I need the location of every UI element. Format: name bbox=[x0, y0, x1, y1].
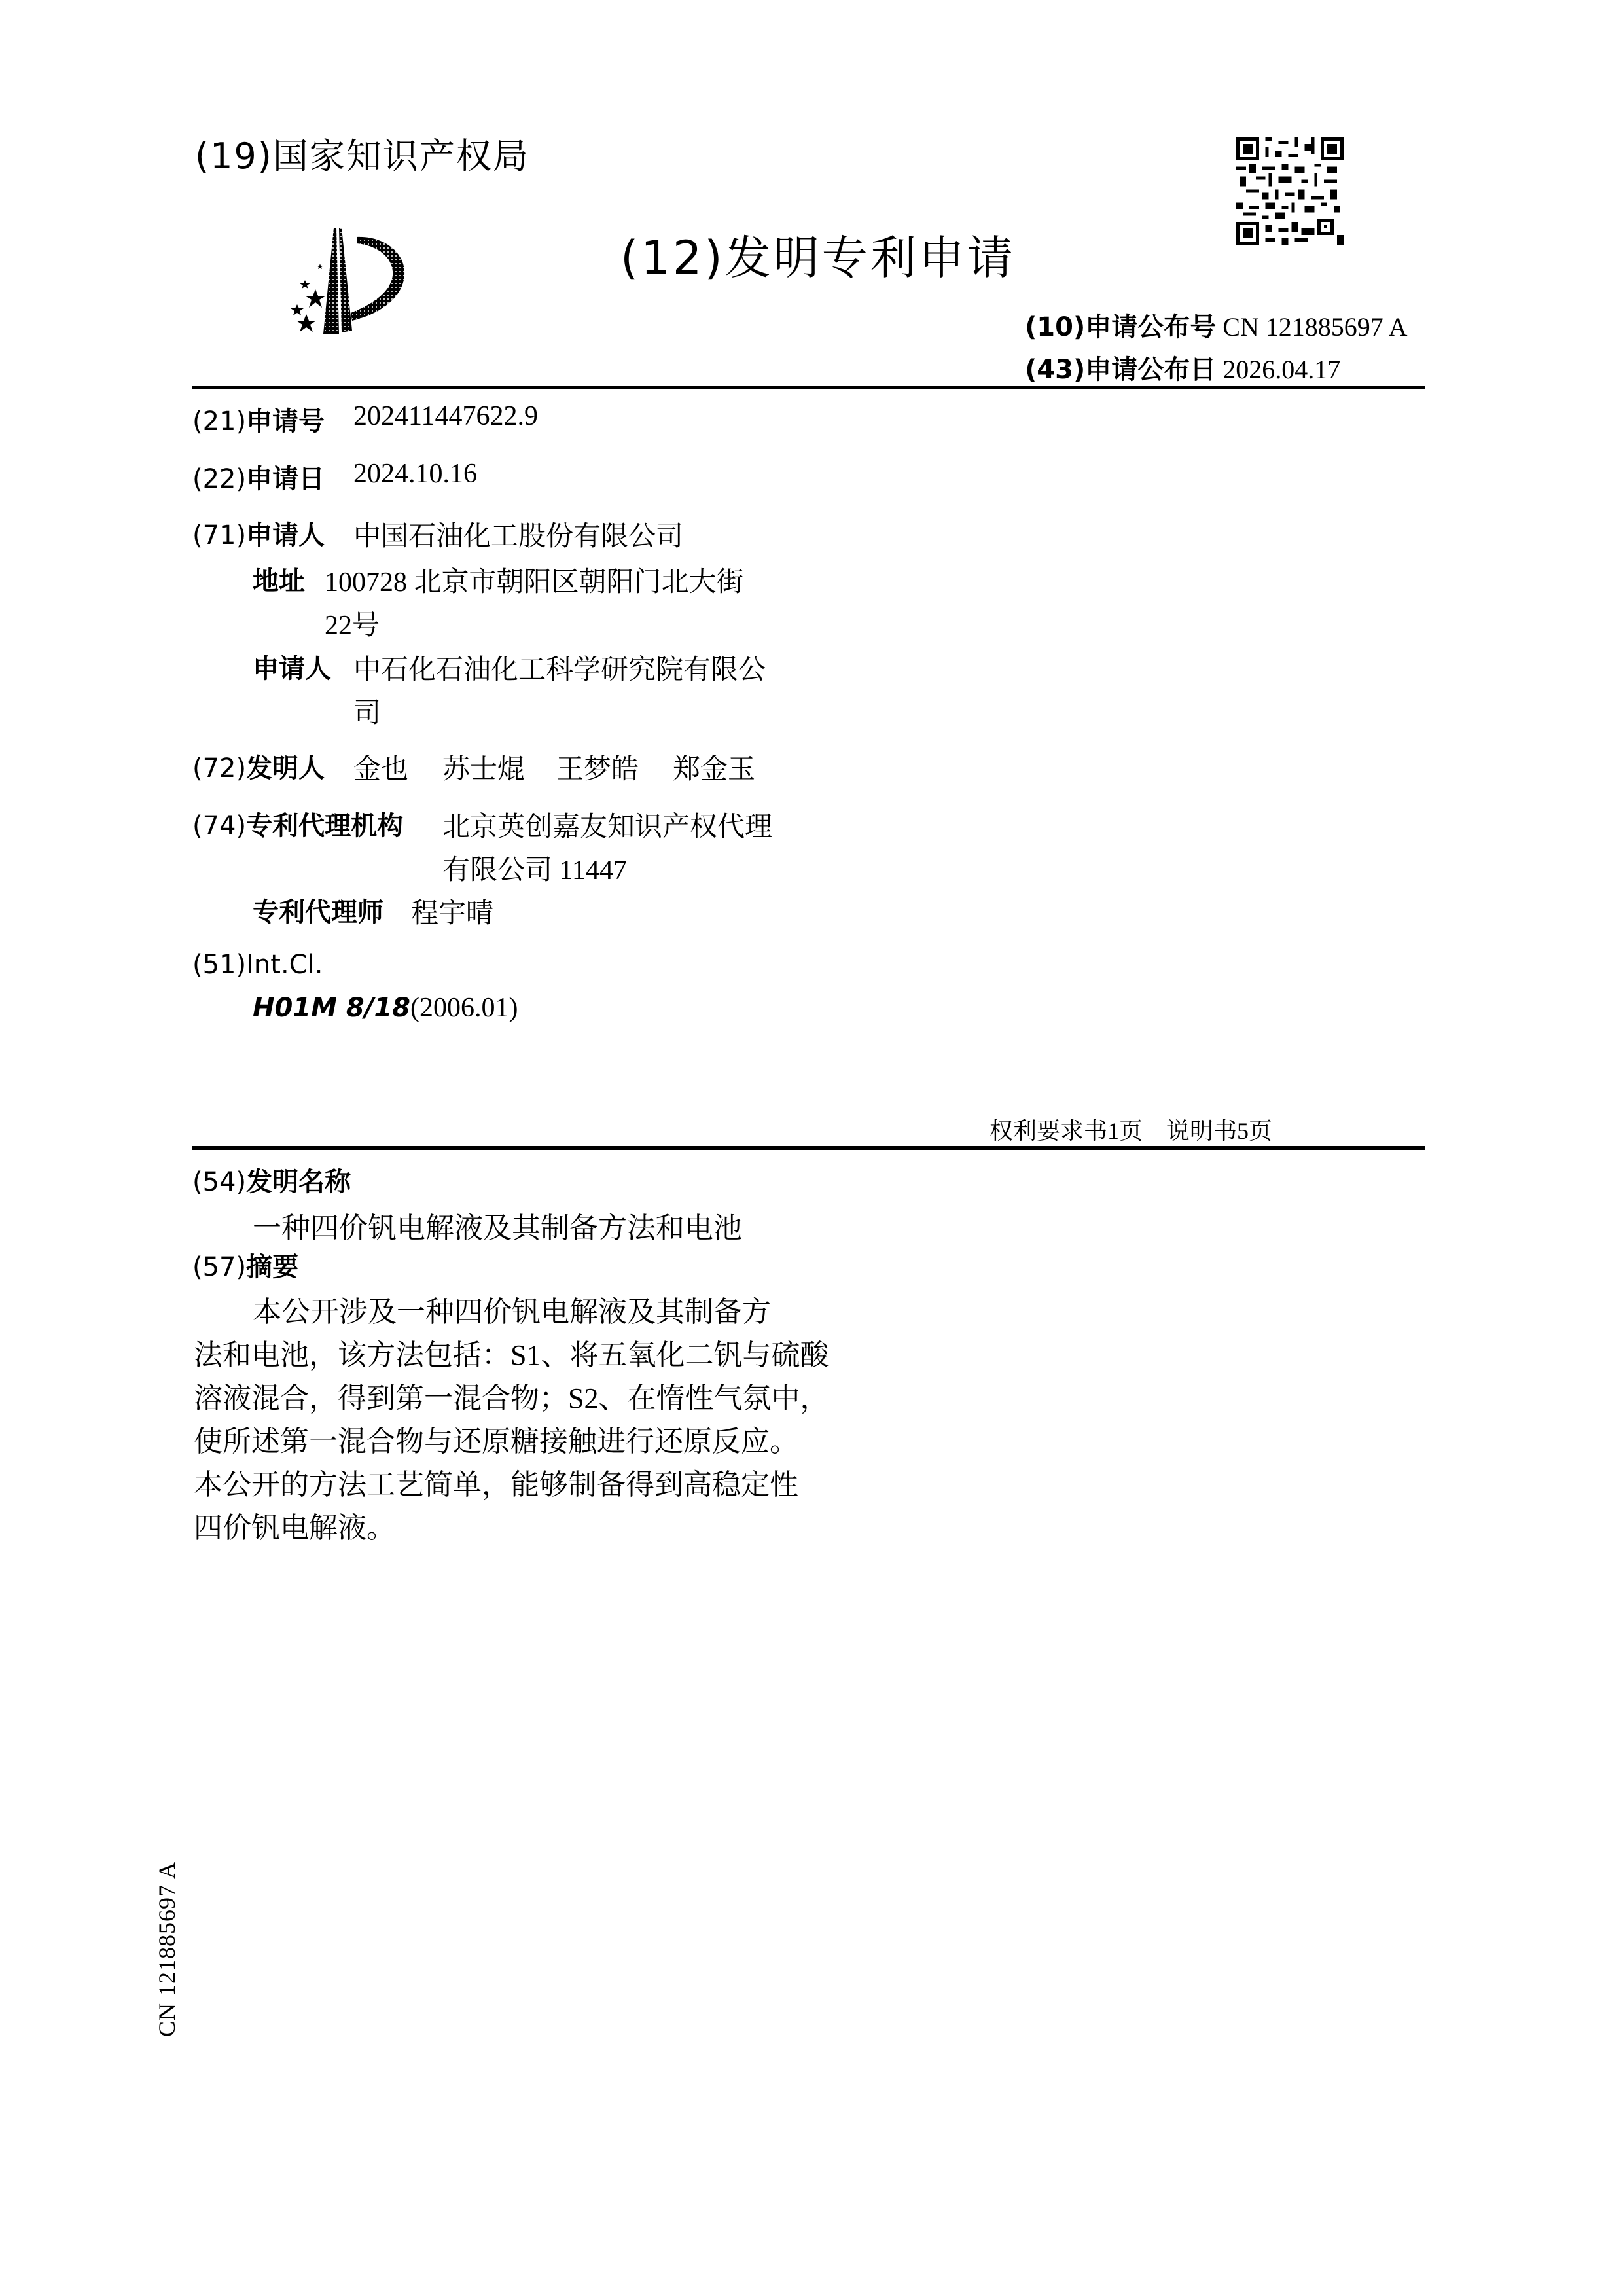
filing-date-field: (22)申请日 bbox=[192, 458, 325, 495]
inventor-name: 郑金玉 bbox=[673, 747, 755, 787]
filing-date-value: 2024.10.16 bbox=[353, 458, 477, 490]
field-code: (51) bbox=[192, 950, 246, 980]
agency-line-2: 有限公司 11447 bbox=[442, 848, 627, 888]
abstract-heading: (57)摘要 bbox=[192, 1246, 298, 1283]
qr-code-icon bbox=[1236, 137, 1344, 245]
abstract-line: 四价钒电解液。 bbox=[194, 1504, 395, 1546]
field-label: 申请日 bbox=[246, 464, 325, 494]
agent-field: 专利代理师 bbox=[253, 891, 383, 929]
field-code: (54) bbox=[192, 1167, 246, 1197]
applicant-2-field: 申请人 bbox=[253, 648, 331, 685]
inventor-name: 王梦皓 bbox=[556, 747, 639, 787]
field-code: (22) bbox=[192, 464, 246, 494]
invention-title-heading: (54)发明名称 bbox=[192, 1161, 351, 1198]
abstract-line: 本公开涉及一种四价钒电解液及其制备方 bbox=[253, 1288, 771, 1330]
page-counts: 权利要求书1页 说明书5页 bbox=[990, 1113, 1272, 1146]
patent-office-name: (19)国家知识产权局 bbox=[195, 128, 529, 179]
int-cl-field: (51)Int.Cl. bbox=[192, 949, 323, 980]
cnipa-logo-icon bbox=[268, 223, 425, 347]
abstract-line: 溶液混合，得到第一混合物；S2、在惰性气氛中， bbox=[194, 1374, 829, 1416]
inventors-field: (72)发明人 bbox=[192, 747, 325, 785]
int-cl-classification: H01M 8/18(2006.01) bbox=[253, 992, 518, 1024]
field-label: 申请人 bbox=[246, 520, 325, 550]
side-publication-number: CN 121885697 A bbox=[153, 1861, 181, 2037]
invention-title: 一种四价钒电解液及其制备方法和电池 bbox=[253, 1204, 742, 1246]
address-line-1: 100728 北京市朝阳区朝阳门北大街 bbox=[325, 560, 744, 600]
publication-number: (10)申请公布号CN 121885697 A bbox=[1025, 306, 1407, 344]
ipc-version: (2006.01) bbox=[410, 993, 518, 1023]
application-number-field: (21)申请号 bbox=[192, 401, 325, 438]
field-label: 专利代理机构 bbox=[246, 811, 403, 841]
field-code: (21) bbox=[192, 406, 246, 437]
agency-line-1: 北京英创嘉友知识产权代理 bbox=[442, 805, 772, 844]
publication-number-value: CN 121885697 A bbox=[1222, 312, 1407, 342]
publication-date: (43)申请公布日2026.04.17 bbox=[1025, 349, 1340, 386]
field-code: (71) bbox=[192, 520, 246, 550]
abstract-line: 法和电池，该方法包括：S1、将五氧化二钒与硫酸 bbox=[194, 1331, 829, 1373]
field-label: 地址 bbox=[253, 566, 305, 596]
field-label: 专利代理师 bbox=[253, 897, 383, 927]
field-label: 摘要 bbox=[246, 1252, 298, 1282]
applicant-1-value: 中国石油化工股份有限公司 bbox=[353, 514, 683, 554]
agency-field: (74)专利代理机构 bbox=[192, 805, 403, 842]
inventor-name: 苏士焜 bbox=[442, 747, 525, 787]
publication-date-label: (43)申请公布日 bbox=[1025, 355, 1216, 385]
abstract-line: 使所述第一混合物与还原糖接触进行还原反应。 bbox=[194, 1418, 798, 1460]
address-field: 地址 bbox=[253, 560, 305, 598]
field-label: Int.Cl. bbox=[246, 950, 323, 980]
field-code: (72) bbox=[192, 753, 246, 783]
document-type-title: (12)发明专利申请 bbox=[620, 221, 1016, 287]
field-label: 申请人 bbox=[253, 654, 331, 684]
section-divider bbox=[192, 1146, 1425, 1150]
header-divider bbox=[192, 386, 1425, 389]
address-line-2: 22号 bbox=[325, 603, 380, 643]
field-code: (74) bbox=[192, 811, 246, 841]
field-label: 发明名称 bbox=[246, 1167, 351, 1197]
field-label: 发明人 bbox=[246, 753, 325, 783]
agent-value: 程宇晴 bbox=[411, 891, 493, 931]
applicant-2-line-2: 司 bbox=[353, 691, 381, 730]
publication-number-label: (10)申请公布号 bbox=[1025, 312, 1216, 342]
field-label: 申请号 bbox=[246, 406, 325, 437]
applicant-1-field: (71)申请人 bbox=[192, 514, 325, 552]
applicant-2-line-1: 中石化石油化工科学研究院有限公 bbox=[353, 648, 766, 687]
application-number-value: 202411447622.9 bbox=[353, 401, 538, 432]
publication-date-value: 2026.04.17 bbox=[1222, 355, 1340, 384]
ipc-class: H01M 8/18 bbox=[253, 993, 410, 1023]
field-code: (57) bbox=[192, 1252, 246, 1282]
abstract-line: 本公开的方法工艺简单，能够制备得到高稳定性 bbox=[194, 1461, 798, 1503]
inventor-name: 金也 bbox=[353, 747, 408, 787]
